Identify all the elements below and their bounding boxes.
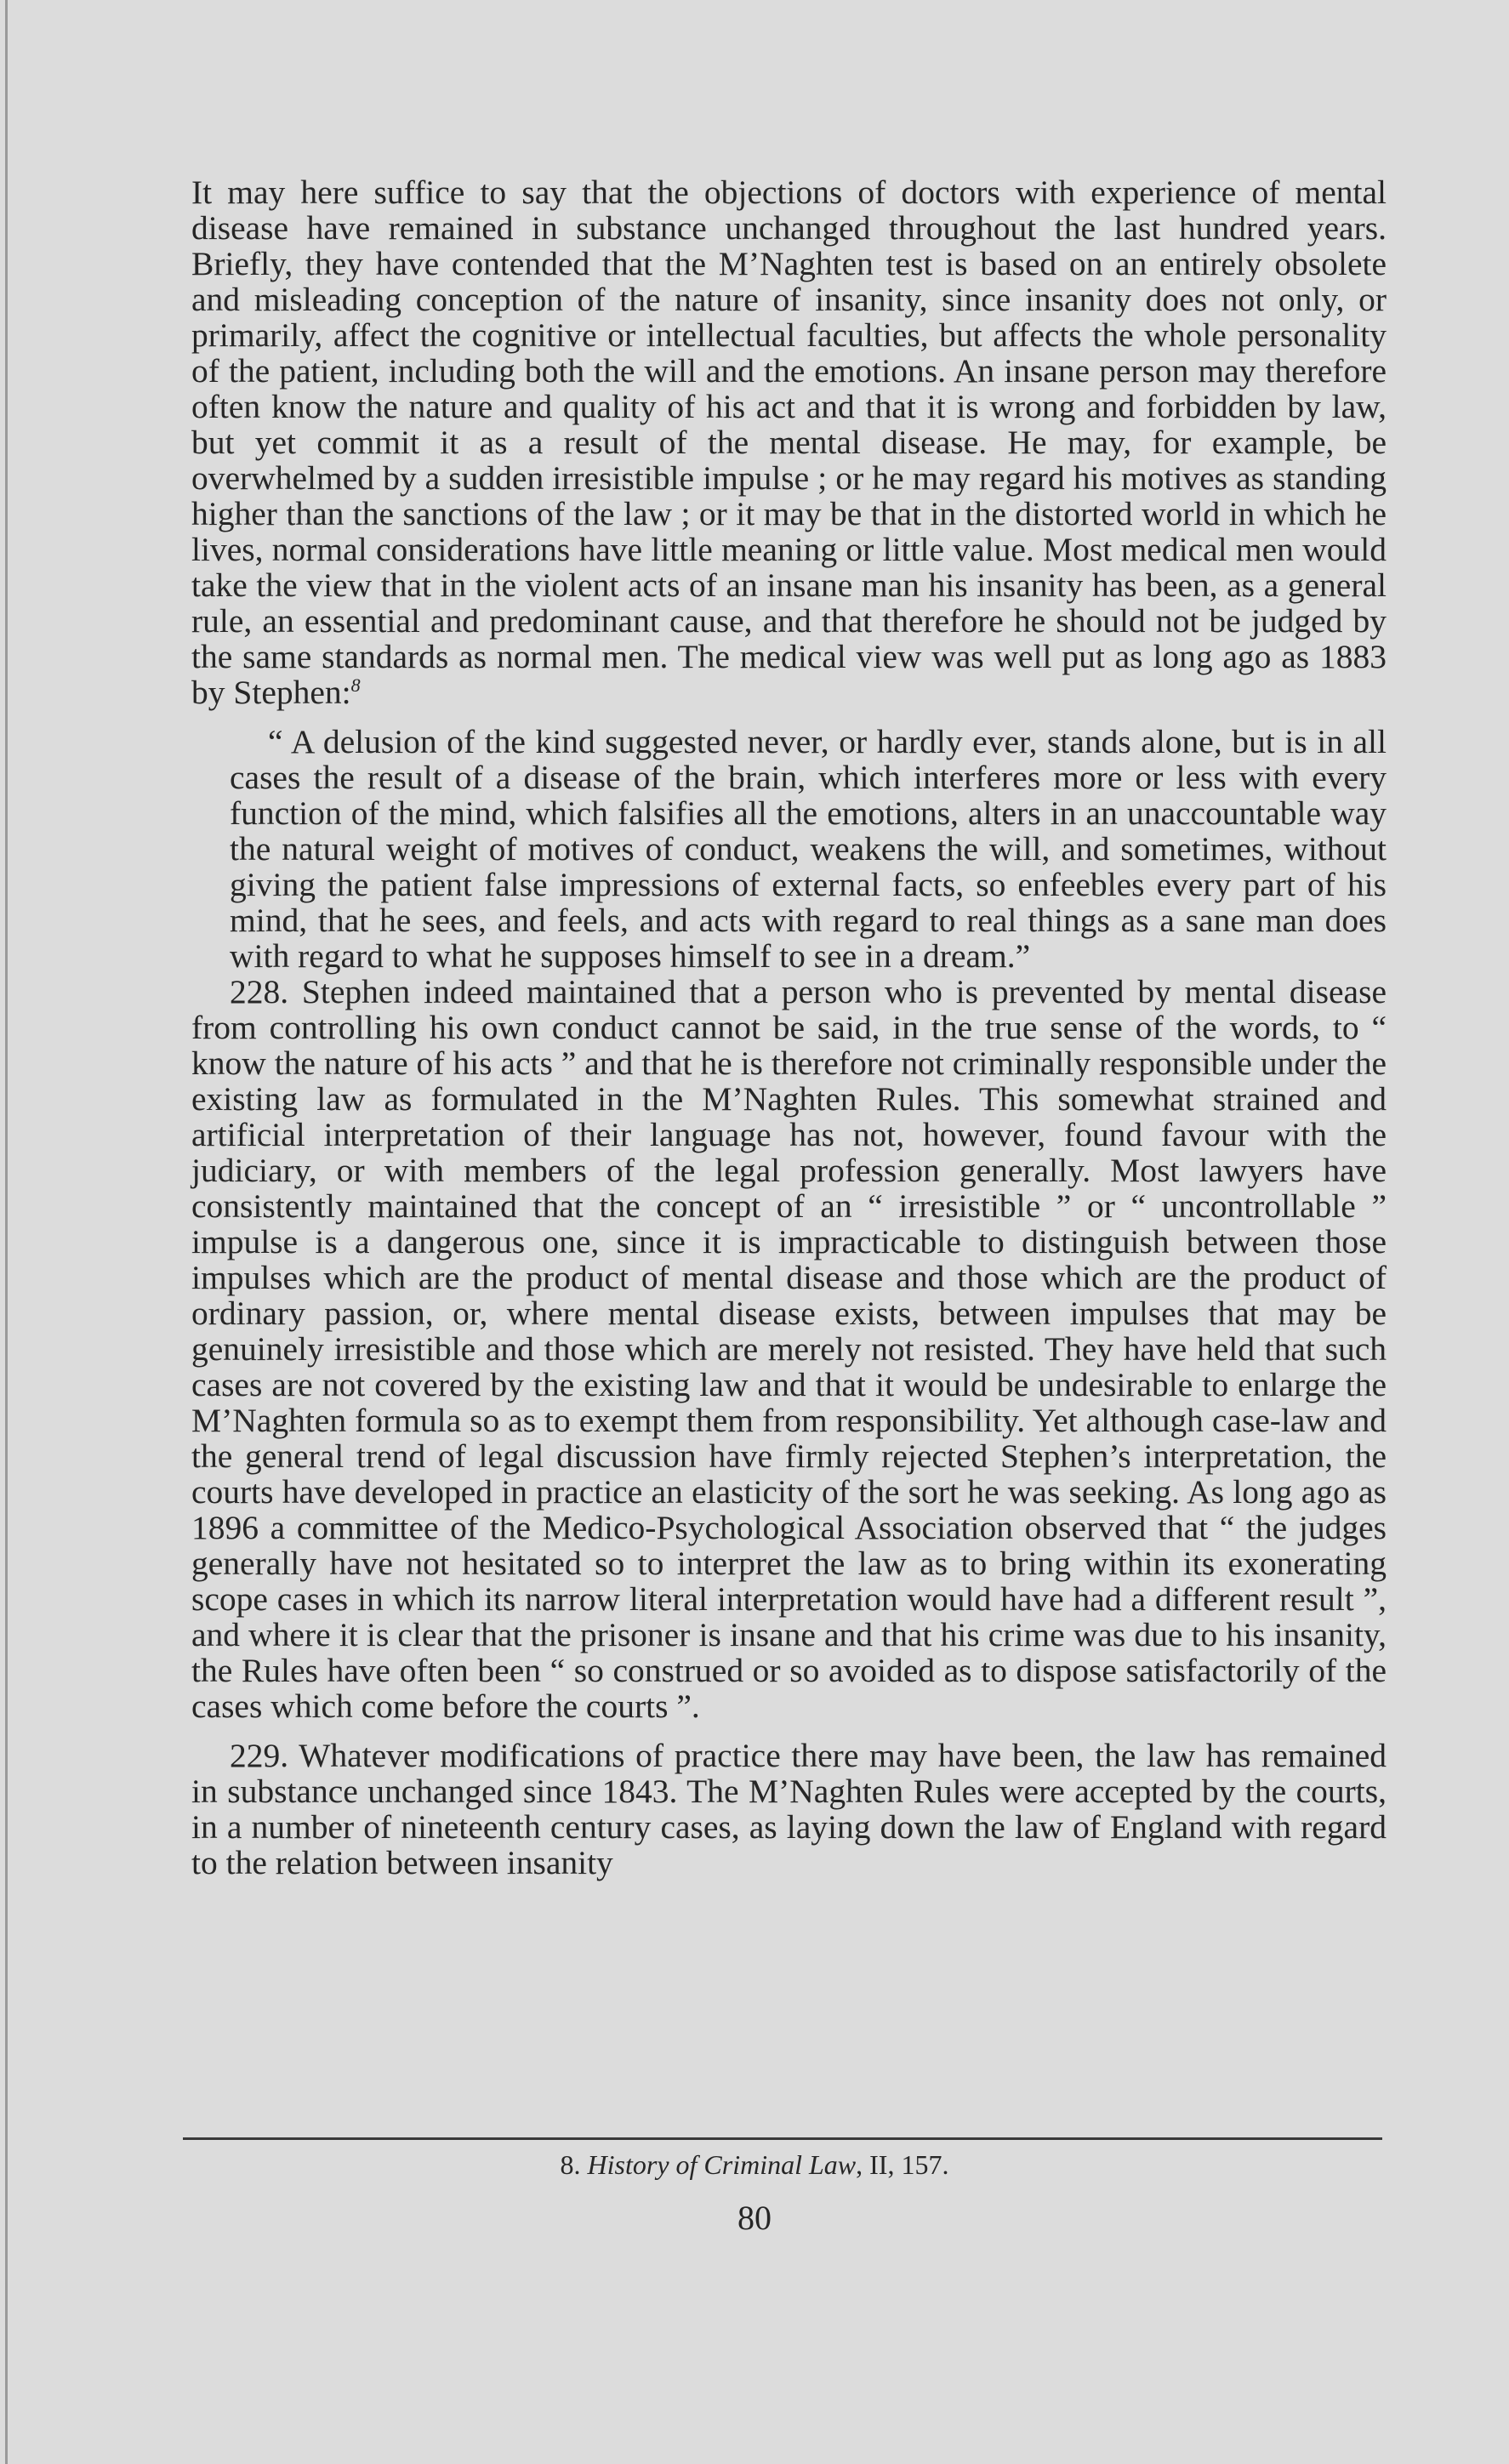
- page-binding-edge: [5, 0, 8, 2464]
- footnote-citation: , II, 157.: [856, 2149, 948, 2180]
- footnote-divider: [183, 2137, 1382, 2140]
- footnote-title: History of Criminal Law: [588, 2149, 857, 2180]
- paragraph-229: 229. Whatever modifications of practice …: [191, 1738, 1387, 1881]
- block-quote-stephen: “ A delusion of the kind suggested never…: [230, 724, 1387, 974]
- page-number: 80: [0, 2198, 1509, 2238]
- body-text: It may here suffice to say that the obje…: [191, 174, 1387, 1881]
- footnote-reference[interactable]: 8: [351, 674, 361, 696]
- footnote-number: 8.: [561, 2149, 581, 2180]
- paragraph-intro-text: It may here suffice to say that the obje…: [191, 174, 1387, 711]
- paragraph-intro: It may here suffice to say that the obje…: [191, 174, 1387, 710]
- footnote-8: 8. History of Criminal Law, II, 157.: [0, 2149, 1509, 2181]
- paragraph-228: 228. Stephen indeed maintained that a pe…: [191, 974, 1387, 1724]
